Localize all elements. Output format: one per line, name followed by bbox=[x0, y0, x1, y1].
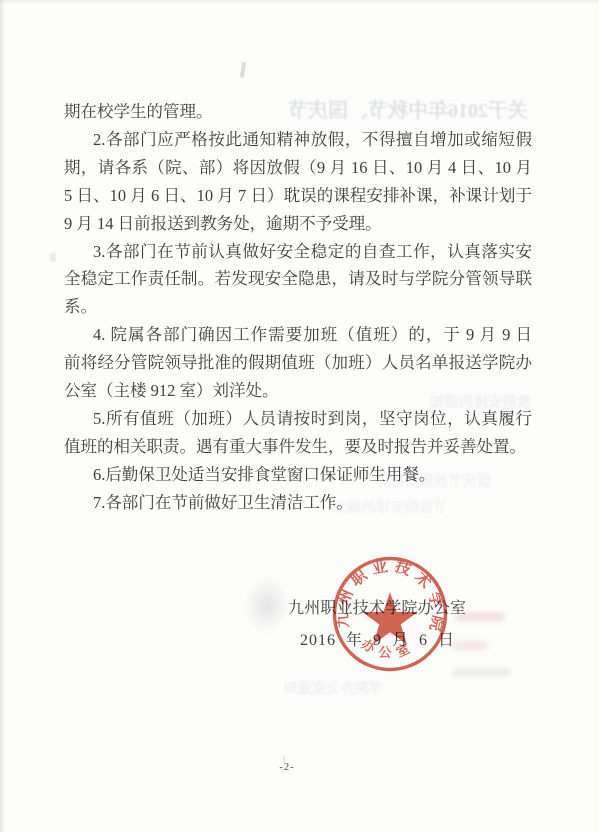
body-line: 系。 bbox=[64, 293, 532, 321]
scan-speck bbox=[50, 253, 56, 262]
document-body: 期在校学生的管理。 2.各部门应严格按此通知精神放假，不得擅自增加或缩短假 期，… bbox=[64, 98, 532, 517]
body-line: 全稳定工作责任制。若发现安全隐患，请及时与学院分管领导联 bbox=[64, 265, 532, 293]
body-line: 6.后勤保卫处适当安排食堂窗口保证师生用餐。 bbox=[64, 461, 532, 489]
seal-star bbox=[362, 592, 417, 645]
body-line: 2.各部门应严格按此通知精神放假，不得擅自增加或缩短假 bbox=[64, 126, 532, 154]
svg-text:办公室: 办公室 bbox=[359, 636, 418, 660]
scan-smudge bbox=[244, 576, 290, 634]
body-line: 前将经分管院领导批准的假期值班（加班）人员名单报送学院办 bbox=[64, 349, 532, 377]
scan-smudge bbox=[455, 612, 505, 622]
page-number: -2- bbox=[267, 762, 307, 773]
body-line: 5 日、10 月 6 日、10 月 7 日）耽误的课程安排补课，补课计划于 bbox=[64, 182, 532, 210]
official-seal: 九州职业技术学院 办公室 bbox=[320, 543, 460, 683]
scanned-notice-page: { "page": { "footer": "-2-" }, "body_lin… bbox=[0, 0, 599, 832]
body-line: 9 月 14 日前报送到教务处，逾期不予受理。 bbox=[64, 210, 532, 238]
page-edge-shadow-left bbox=[0, 0, 5, 832]
page-edge-shadow-top bbox=[0, 0, 599, 4]
scan-smudge bbox=[450, 641, 488, 650]
scan-speck bbox=[240, 62, 246, 78]
body-line: 公室（主楼 912 室）刘洋处。 bbox=[64, 377, 532, 405]
body-line: 期在校学生的管理。 bbox=[64, 98, 532, 126]
body-line: 期，请各系（院、部）将因放假（9 月 16 日、10 月 4 日、10 月 bbox=[64, 154, 532, 182]
body-line: 5.所有值班（加班）人员请按时到岗，坚守岗位，认真履行 bbox=[64, 405, 532, 433]
body-line: 7.各部门在节前做好卫生清洁工作。 bbox=[64, 489, 532, 517]
scan-smudge bbox=[452, 668, 510, 677]
seal-arc-text-bottom: 办公室 bbox=[359, 636, 418, 660]
body-line: 值班的相关职责。遇有重大事件发生，要及时报告并妥善处置。 bbox=[64, 433, 532, 461]
body-line: 3.各部门在节前认真做好安全稳定的自查工作，认真落实安 bbox=[64, 238, 532, 266]
body-line: 4. 院属各部门确因工作需要加班（值班）的，于 9 月 9 日 bbox=[64, 321, 532, 349]
